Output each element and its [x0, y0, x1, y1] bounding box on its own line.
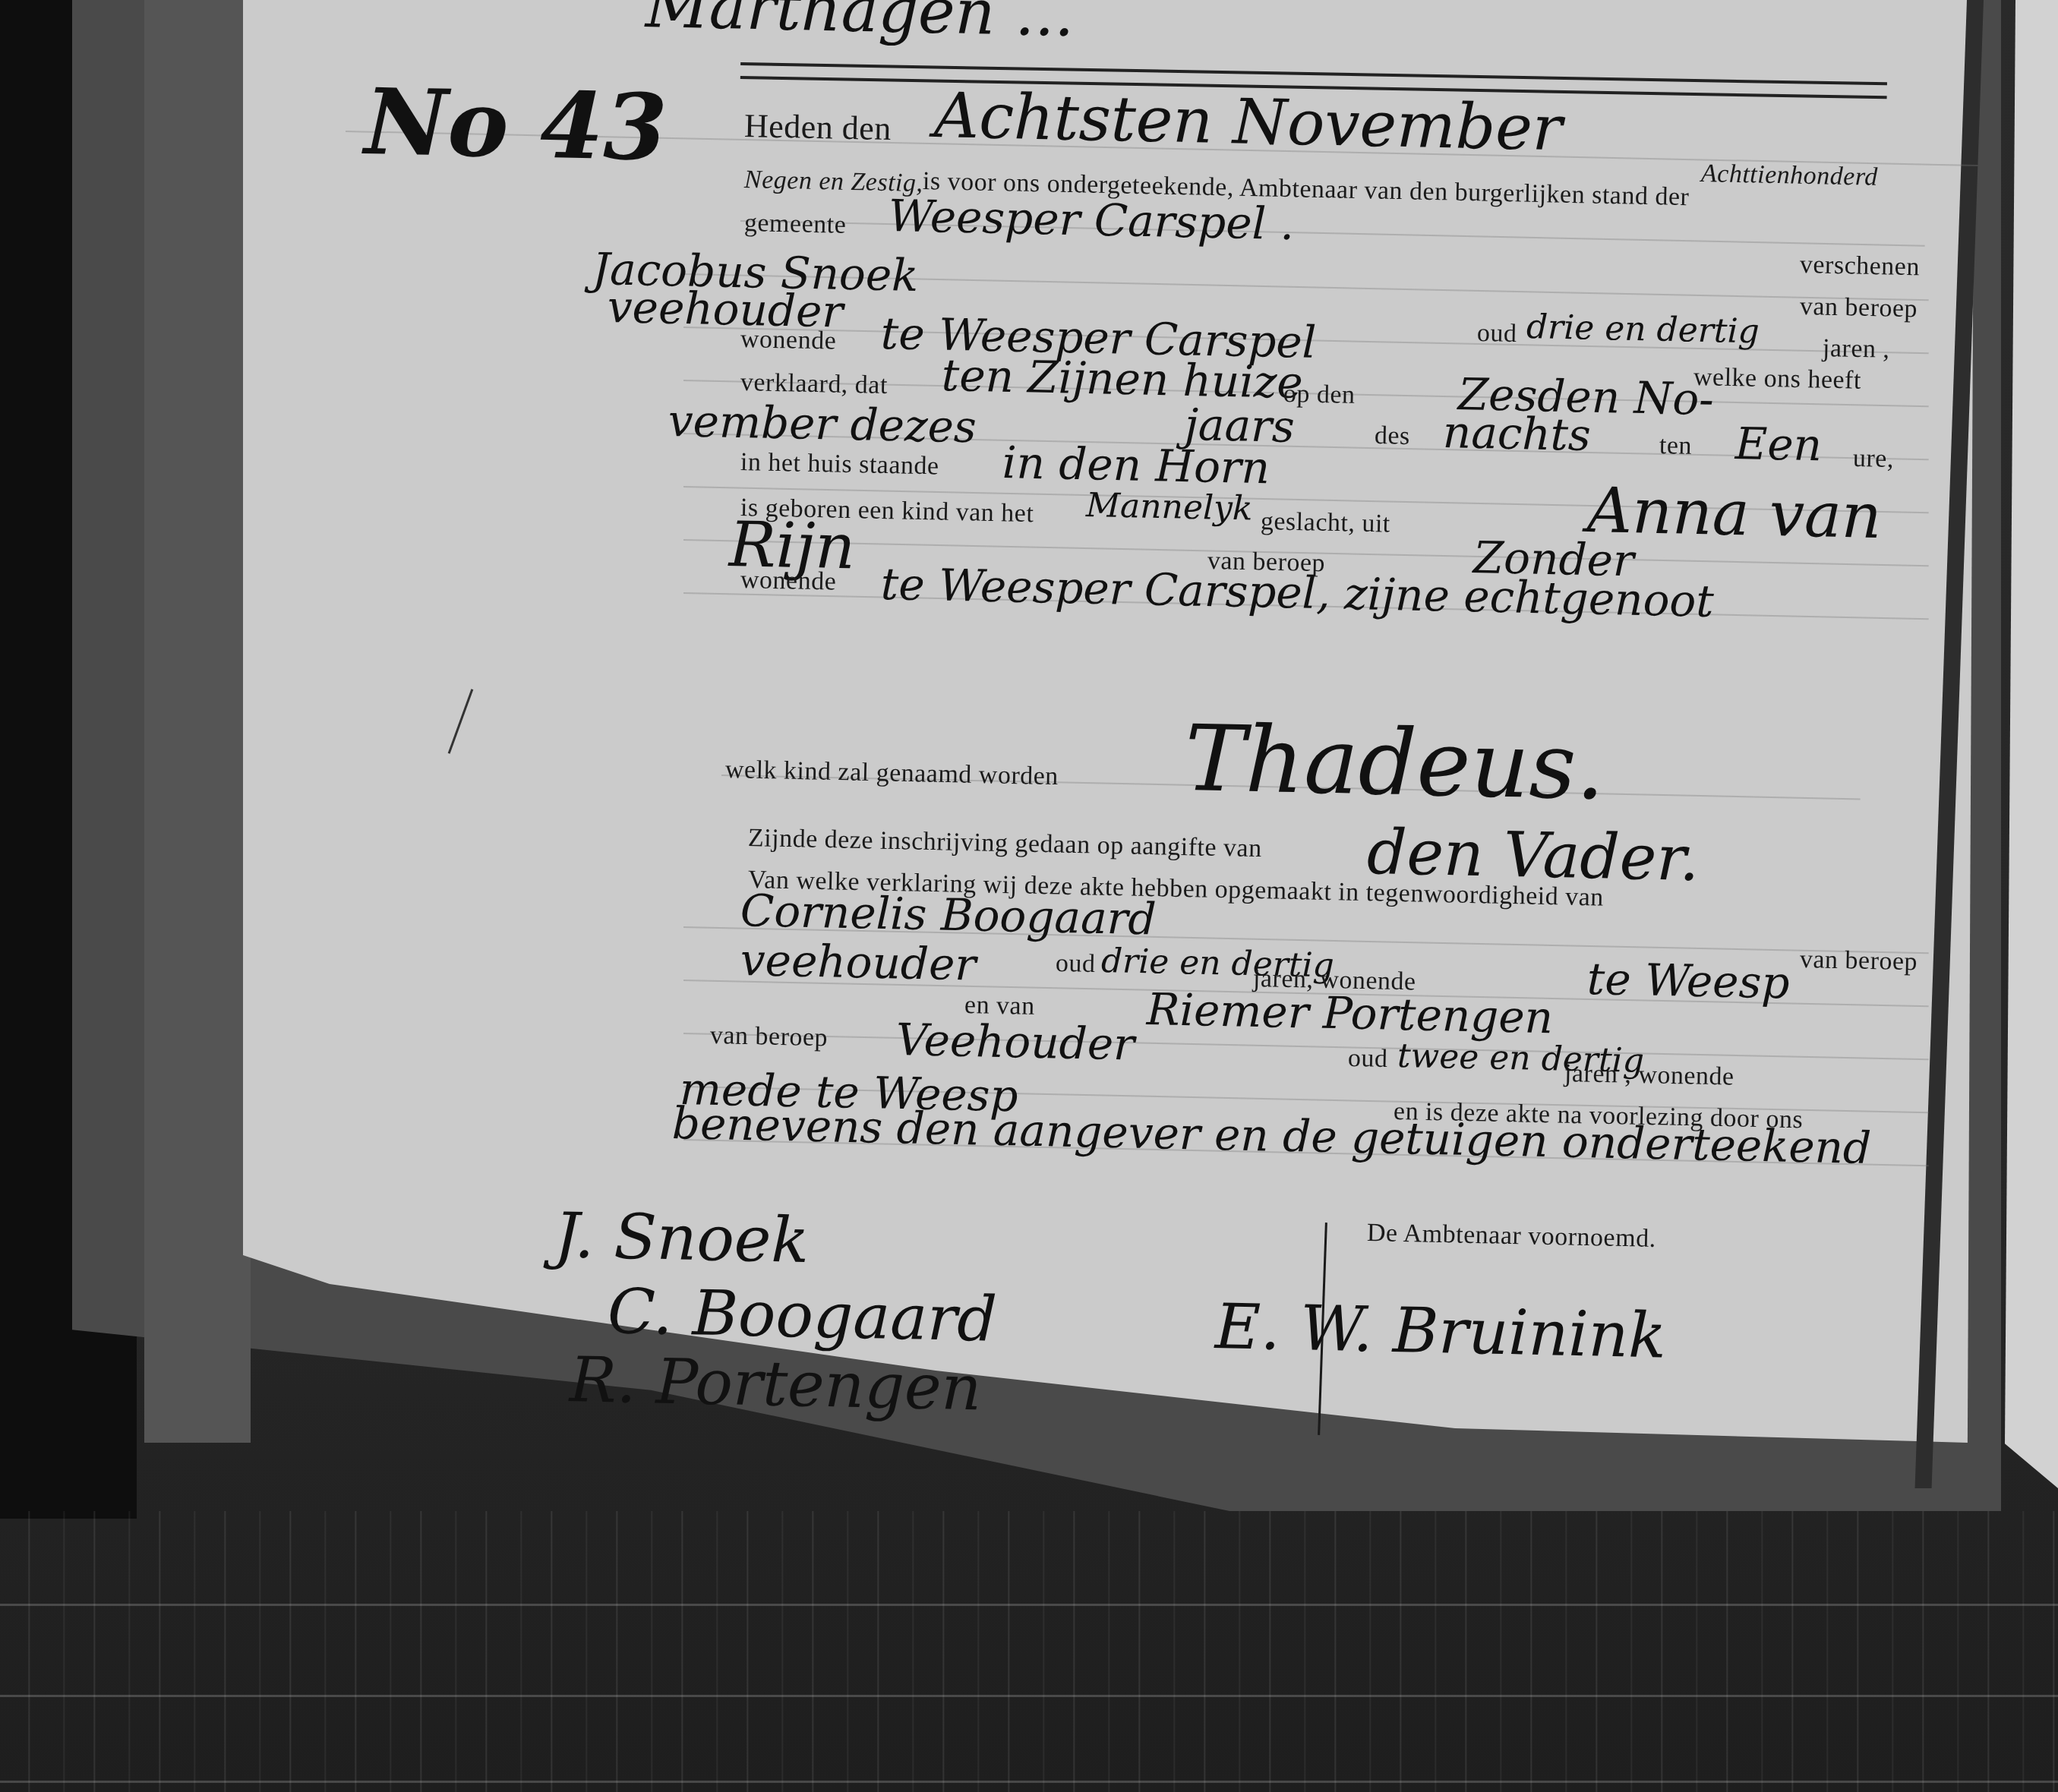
scan-line: [0, 1781, 2058, 1783]
hand-month: vember dezes: [668, 395, 977, 453]
signature-witness-1: J. Snoek: [554, 1200, 810, 1277]
entry-number: No 43: [364, 68, 668, 181]
printed-van-beroep: van beroep: [1800, 292, 1918, 323]
printed-des: des: [1375, 421, 1411, 451]
hand-witness2-occupation: Veehouder: [895, 1014, 1135, 1071]
printed-welke-ons-heeft: welke ons heeft: [1693, 363, 1862, 396]
previous-entry-text: Marthagen ...: [645, 0, 1075, 51]
printed-witness2-jaren-wonende: jaren , wonende: [1564, 1059, 1734, 1092]
signature-witness-2: C. Boogaard: [607, 1276, 998, 1356]
printed-witness2-van-beroep: van beroep: [710, 1021, 829, 1052]
hand-hour: Een: [1734, 418, 1822, 471]
signature-official: E. W. Bruinink: [1214, 1291, 1667, 1372]
scan-line: [0, 1695, 2058, 1697]
printed-witness1-oud: oud: [1056, 949, 1096, 979]
scan-line: [0, 1604, 2058, 1606]
printed-century: Achttienhonderd: [1701, 159, 1879, 192]
hand-father-age: drie en dertig: [1526, 308, 1760, 351]
hand-house-location: in den Horn: [1002, 437, 1270, 494]
printed-witness1-van-beroep: van beroep: [1800, 945, 1918, 976]
printed-huis-staande: in het huis staande: [740, 448, 939, 481]
printed-ure: ure,: [1853, 444, 1895, 474]
printed-oud: oud: [1477, 319, 1517, 349]
printed-jaren: jaren ,: [1823, 334, 1890, 364]
hand-witness2-name: Riemer Portengen: [1146, 983, 1553, 1043]
hand-witness1-occupation: veehouder: [740, 934, 977, 990]
printed-official-label: De Ambtenaar voornoemd.: [1367, 1219, 1656, 1254]
hand-municipality: Weesper Carspel .: [888, 190, 1295, 250]
hand-witness1-residence: te Weesp: [1586, 953, 1790, 1009]
hand-time-of-day: nachts: [1442, 406, 1591, 461]
printed-witness2-oud: oud: [1348, 1044, 1388, 1074]
signature-witness-3: R. Portengen: [569, 1344, 982, 1424]
hand-sex: Mannelyk: [1085, 486, 1253, 528]
printed-mother-wonende: wonende: [740, 566, 837, 597]
printed-gemeente: gemeente: [744, 209, 847, 240]
film-scratches: [0, 1511, 2058, 1792]
printed-wonende: wonende: [740, 325, 837, 356]
printed-verschenen: verschenen: [1800, 251, 1921, 282]
hand-date: Achtsten November: [933, 80, 1563, 165]
printed-ten: ten: [1659, 431, 1693, 461]
hand-child-name: Thadeus.: [1184, 706, 1607, 821]
printed-verklaard-dat: verklaard, dat: [740, 368, 889, 400]
printed-heden-den: Heden den: [743, 106, 892, 148]
printed-geslacht-uit: geslacht, uit: [1261, 507, 1391, 539]
book-gutter: [144, 0, 251, 1443]
